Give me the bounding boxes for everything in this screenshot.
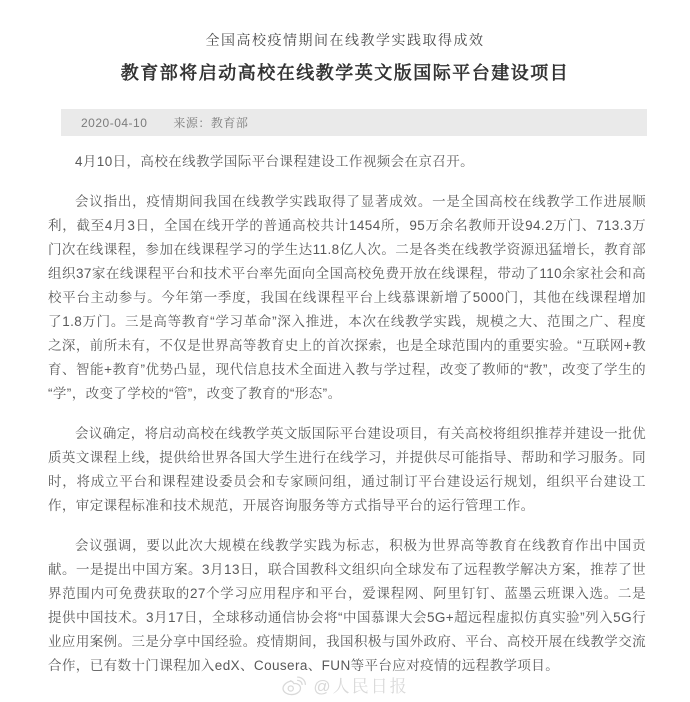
article-page: { "header": { "kicker": "全国高校疫情期间在线教学实践取… xyxy=(0,0,690,702)
page-title: 教育部将启动高校在线教学英文版国际平台建设项目 xyxy=(30,59,660,85)
watermark-handle: @人民日报 xyxy=(313,672,408,697)
paragraph-1: 4月10日，高校在线教学国际平台课程建设工作视频会在京召开。 xyxy=(48,150,646,174)
source-label: 来源： xyxy=(173,116,211,130)
meta-bar: 2020-04-10 来源：教育部 xyxy=(61,109,647,136)
paragraph-2: 会议指出，疫情期间我国在线教学实践取得了显著成效。一是全国高校在线教学工作进展顺… xyxy=(48,190,646,406)
paragraph-4: 会议强调，要以此次大规模在线教学实践为标志，积极为世界高等教育在线教育作出中国贡… xyxy=(48,534,646,678)
weibo-icon xyxy=(281,671,307,697)
article-body: 4月10日，高校在线教学国际平台课程建设工作视频会在京召开。 会议指出，疫情期间… xyxy=(48,150,646,678)
paragraph-3: 会议确定，将启动高校在线教学英文版国际平台建设项目，有关高校将组织推荐并建设一批… xyxy=(48,422,646,518)
article-kicker: 全国高校疫情期间在线教学实践取得成效 xyxy=(0,30,690,50)
publish-date: 2020-04-10 xyxy=(81,116,147,130)
source-value: 教育部 xyxy=(211,116,249,130)
watermark: @人民日报 xyxy=(0,671,690,697)
source: 来源：教育部 xyxy=(173,114,248,131)
